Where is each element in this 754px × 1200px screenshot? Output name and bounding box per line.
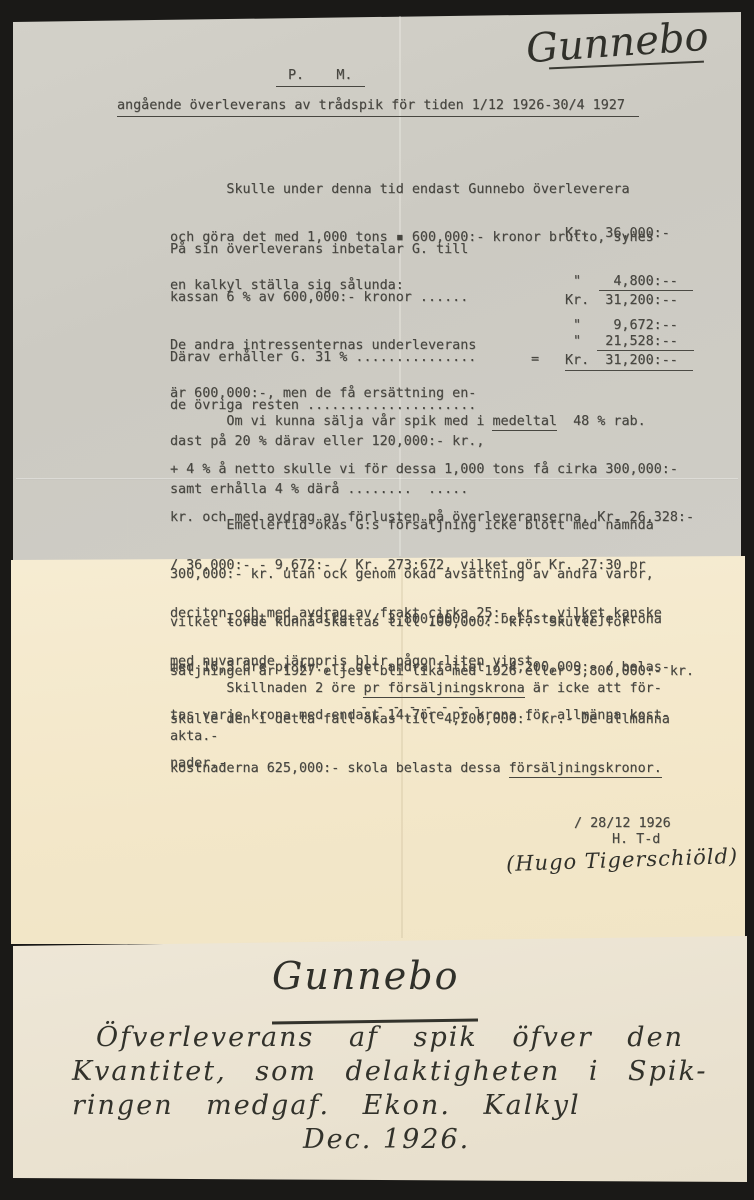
typed-line: Emellertid ökas G:s försäljning icke blo… bbox=[170, 518, 694, 535]
typed-line: kassan 6 % av 600,000:- kronor ...... bbox=[170, 290, 484, 306]
card-line: Dec. 1926. bbox=[303, 1124, 470, 1155]
sum-row: Kr. 31,200:-- bbox=[565, 293, 678, 309]
dashes-separator: - - - - - - - - bbox=[360, 700, 481, 716]
card-title: Gunnebo bbox=[272, 954, 459, 998]
memo-subtitle: angående överleverans av trådspik för ti… bbox=[117, 98, 639, 114]
sum-row-total: Kr. 31,200:-- bbox=[565, 353, 678, 369]
typed-line: Skulle under denna tid endast Gunnebo öv… bbox=[170, 182, 654, 198]
typed-line: Därav erhåller G. 31 % ............... bbox=[170, 350, 476, 366]
typed-line: I det ena fallet / 3,800,000:- / belasta… bbox=[170, 612, 670, 628]
sum-rule bbox=[597, 350, 694, 351]
card-line: Kvantitet, som delaktigheten i Spik- bbox=[72, 1056, 707, 1087]
typed-line: + 4 % å netto skulle vi för dessa 1,000 … bbox=[170, 462, 694, 478]
card-line: ringen medgaf. Ekon. Kalkyl bbox=[72, 1090, 581, 1121]
initials-line: H. T-d bbox=[612, 832, 660, 848]
sum-row: " 4,800:-- bbox=[565, 274, 678, 290]
card-line: Öfverleverans af spik öfver den bbox=[96, 1022, 684, 1053]
typed-line: På sin överleverans inbetalar G. till bbox=[170, 242, 484, 258]
underlined-phrase: pr försäljningskrona bbox=[363, 681, 524, 698]
sum-row: " 21,528:-- bbox=[565, 334, 678, 350]
sum-row: Kr. 36,000:- bbox=[565, 226, 670, 242]
scanned-document-page: Gunnebo P. M. angående överleverans av t… bbox=[0, 0, 754, 1200]
sum-row: " 9,672:-- bbox=[565, 318, 678, 334]
sum-rule bbox=[565, 370, 693, 371]
underlined-word: medeltal bbox=[492, 414, 557, 431]
sum-rule bbox=[599, 290, 693, 291]
memo-title: P. M. bbox=[276, 68, 365, 84]
typed-line: Skillnaden 2 öre pr försäljningskrona är… bbox=[170, 681, 662, 697]
equals-sign: = bbox=[531, 352, 539, 368]
typed-line: Om vi kunna sälja vår spik med i medelta… bbox=[170, 414, 694, 430]
typed-line: akta.- bbox=[170, 729, 662, 745]
date-line: / 28/12 1926 bbox=[574, 816, 671, 832]
